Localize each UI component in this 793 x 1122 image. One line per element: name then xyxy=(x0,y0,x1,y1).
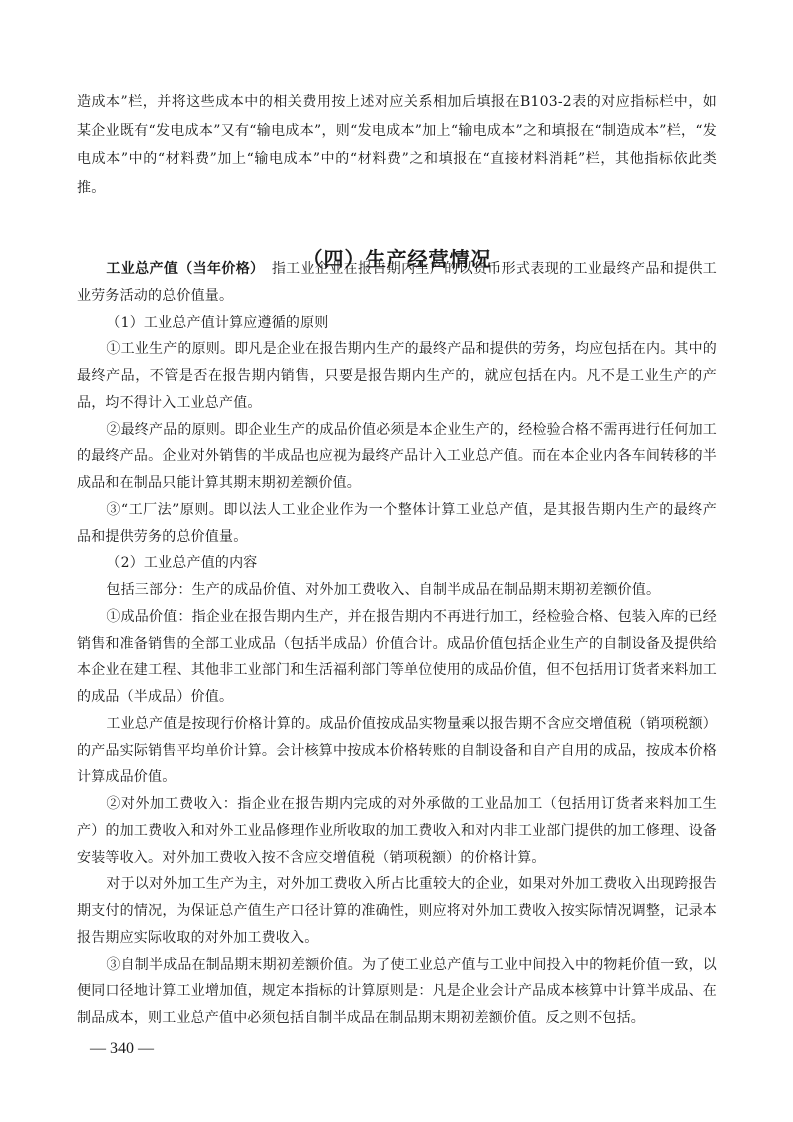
processing-fee-adjustment: 对于以对外加工生产为主，对外加工费收入所占比重较大的企业，如果对外加工费收入出现… xyxy=(77,871,717,951)
subheading-contents: （2）工业总产值的内容 xyxy=(77,550,717,577)
principle-final-product: ②最终产品的原则。即企业生产的成品价值必须是本企业生产的，经检验合格不需再进行任… xyxy=(77,417,717,497)
contents-summary: 包括三部分：生产的成品价值、对外加工费收入、自制半成品在制品期末期初差额价值。 xyxy=(77,577,717,604)
term-gap xyxy=(257,261,271,277)
finished-product-value: ①成品价值：指企业在报告期内生产，并在报告期内不再进行加工，经检验合格、包装入库… xyxy=(77,604,717,711)
semi-finished-difference: ③自制半成品在制品期末期初差额价值。为了使工业总产值与工业中间投入中的物耗价值一… xyxy=(77,952,717,1032)
processing-fee-income: ②对外加工费收入：指企业在报告期内完成的对外承做的工业品加工（包括用订货者来料加… xyxy=(77,791,717,871)
page-number: — 340 — xyxy=(90,1040,154,1058)
current-price-note: 工业总产值是按现行价格计算的。成品价值按成品实物量乘以报告期不含应交增值税（销项… xyxy=(77,711,717,791)
subheading-principles: （1）工业总产值计算应遵循的原则 xyxy=(77,310,717,337)
continuation-paragraph: 造成本”栏，并将这些成本中的相关费用按上述对应关系相加后填报在B103-2表的对… xyxy=(77,88,717,202)
definition-term: 工业总产值（当年价格） xyxy=(106,261,257,277)
section-body: 工业总产值（当年价格） 指工业企业在报告期内生产的以货币形式表现的工业最终产品和… xyxy=(77,256,717,1032)
definition-paragraph: 工业总产值（当年价格） 指工业企业在报告期内生产的以货币形式表现的工业最终产品和… xyxy=(77,256,717,310)
principle-industrial-production: ①工业生产的原则。即凡是企业在报告期内生产的最终产品和提供的劳务，均应包括在内。… xyxy=(77,336,717,416)
principle-factory-method: ③“工厂法”原则。即以法人工业企业作为一个整体计算工业总产值，是其报告期内生产的… xyxy=(77,497,717,551)
